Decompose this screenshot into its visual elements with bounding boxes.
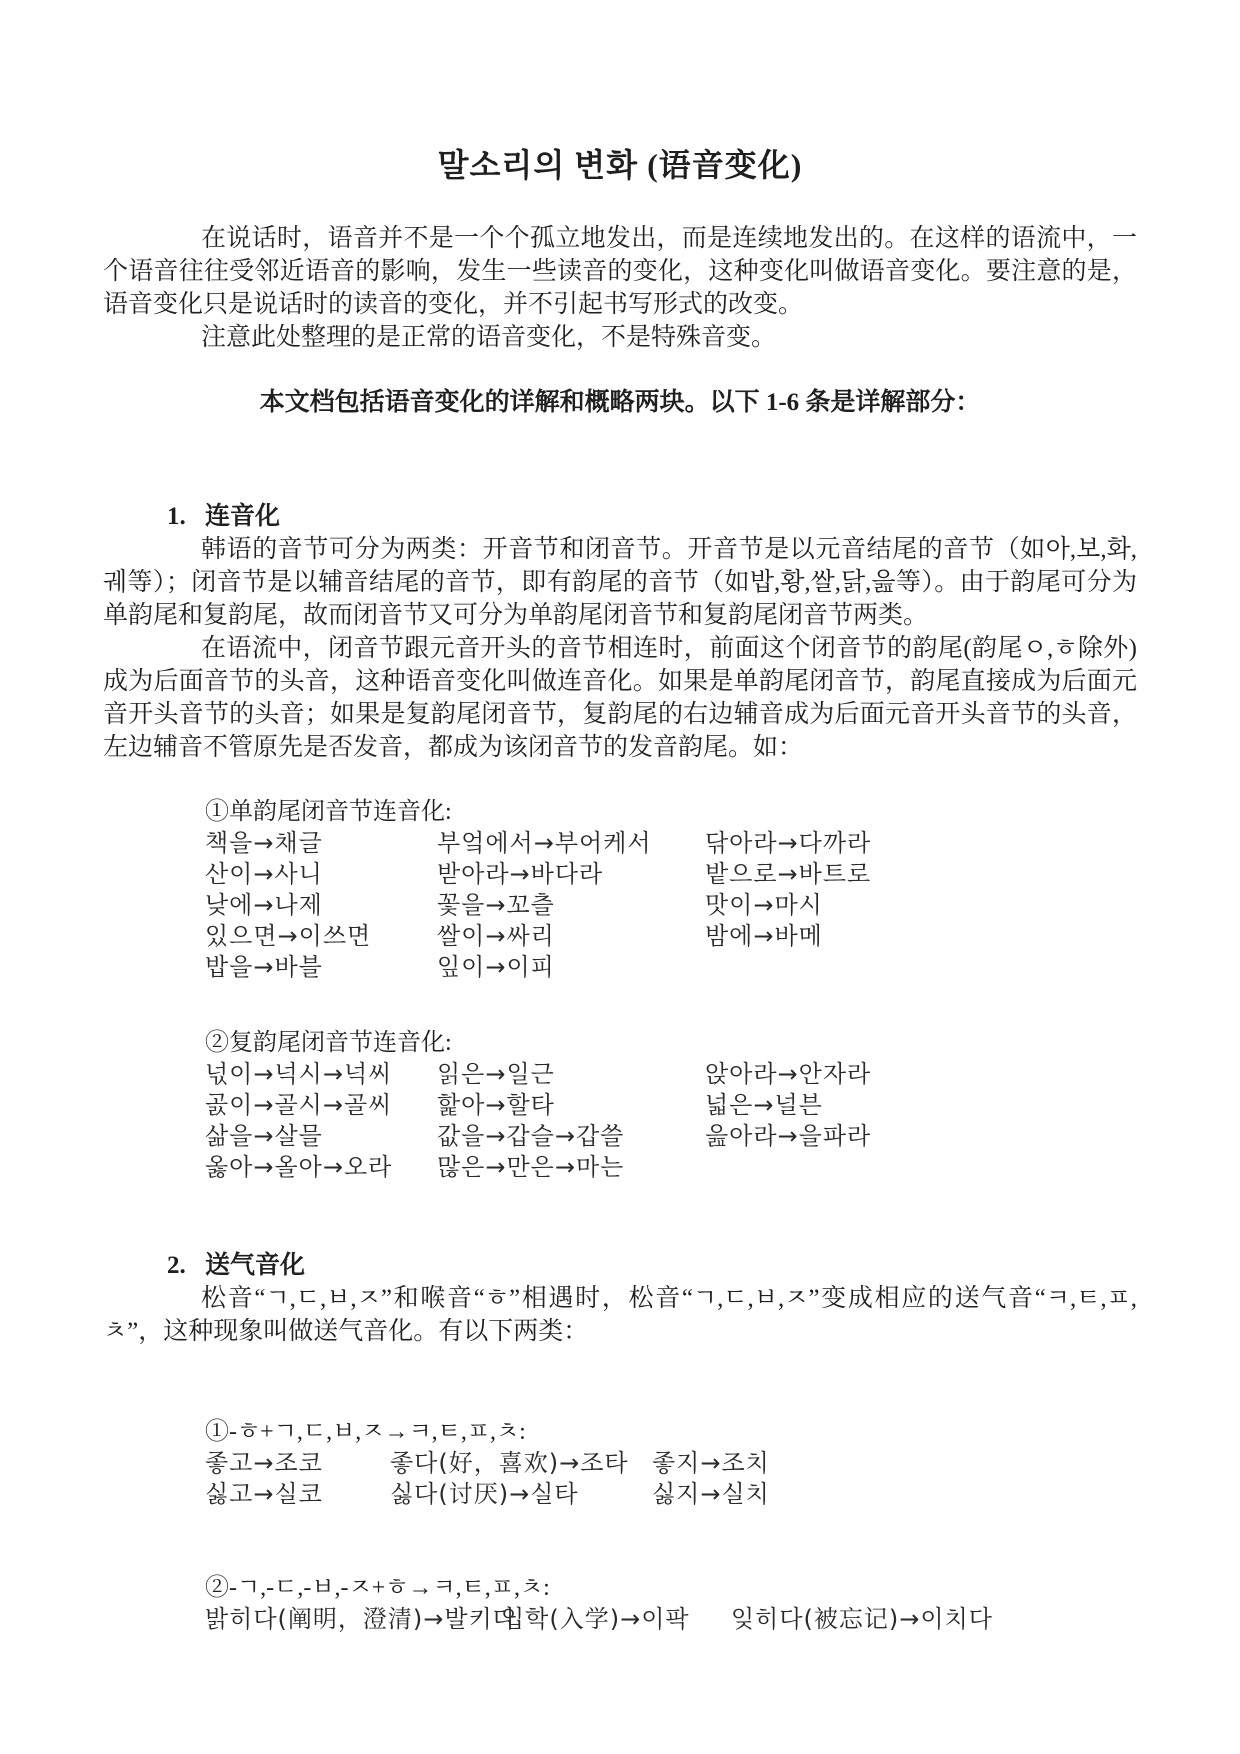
example: 부엌에서→부어케서 [437, 828, 705, 859]
example [705, 1152, 1137, 1183]
double-batchim-example-table: 넋이→넉시→넉씨 읽은→일근 앉아라→안자라 곬이→골시→골씨 핥아→할타 넓은… [205, 1059, 1137, 1183]
section-2-sub-2-label: ②-ㄱ,-ㄷ,-ㅂ,-ㅈ+ㅎ→ㅋ,ㅌ,ㅍ,ㅊ: [205, 1572, 1137, 1604]
example: 넓은→널븐 [705, 1090, 1137, 1121]
example: 닦아라→다까라 [705, 828, 1137, 859]
example: 좋고→조코 [205, 1448, 390, 1479]
example: 받아라→바다라 [437, 859, 705, 890]
section-1-sub-2-label: ②复韵尾闭音节连音化: [205, 1027, 1137, 1059]
example: 넋이→넉시→넉씨 [205, 1059, 437, 1090]
example: 쌀이→싸리 [437, 921, 705, 952]
example: 맛이→마시 [705, 890, 1137, 921]
example: 밤에→바메 [705, 921, 1137, 952]
example: 낮에→나제 [205, 890, 437, 921]
document-title: 말소리의 변화 (语音变化) [103, 0, 1137, 186]
example: 삶을→살믈 [205, 1121, 437, 1152]
example: 읊아라→을파라 [705, 1121, 1137, 1152]
aspiration-example-table-1: 좋고→조코 좋다(好，喜欢)→조타 좋지→조치 싫고→실코 싫다(讨厌)→실타 … [205, 1448, 1137, 1510]
section-1-paragraph-2: 在语流中，闭音节跟元音开头的音节相连时，前面这个闭音节的韵尾(韵尾ㅇ,ㅎ除外)成… [103, 632, 1137, 764]
example: 많은→만은→마는 [437, 1152, 705, 1183]
example: 밭으로→바트로 [705, 859, 1137, 890]
section-2-paragraph: 松音“ㄱ,ㄷ,ㅂ,ㅈ”和喉音“ㅎ”相遇时，松音“ㄱ,ㄷ,ㅂ,ㅈ”变成相应的送气音… [103, 1282, 1137, 1348]
example: 핥아→할타 [437, 1090, 705, 1121]
example: 읽은→일근 [437, 1059, 705, 1090]
example: 책을→채글 [205, 828, 437, 859]
aspiration-example-table-2: 밝히다(阐明，澄清)→발키다 입학(入学)→이팍 잊히다(被忘记)→이치다 [205, 1604, 1137, 1635]
example: 좋다(好，喜欢)→조타 [390, 1448, 652, 1479]
section-2-title: 送气音化 [205, 1252, 305, 1279]
example: 산이→사니 [205, 859, 437, 890]
section-2-sub-1-label: ①-ㅎ+ㄱ,ㄷ,ㅂ,ㅈ→ㅋ,ㅌ,ㅍ,ㅊ: [205, 1416, 1137, 1448]
example: 입학(入学)→이팍 [501, 1604, 731, 1635]
section-2-heading: 2.送气音化 [167, 1249, 1137, 1282]
example: 싫지→실치 [652, 1479, 1137, 1510]
example: 좋지→조치 [652, 1448, 1137, 1479]
section-1-heading: 1.连音化 [167, 500, 1137, 533]
example: 밝히다(阐明，澄清)→발키다 [205, 1604, 501, 1635]
section-1-number: 1. [167, 500, 205, 533]
example: 있으면→이쓰면 [205, 921, 437, 952]
intro-paragraph: 在说话时，语音并不是一个个孤立地发出，而是连续地发出的。在这样的语流中，一个语音… [103, 222, 1137, 321]
example: 옳아→올아→오라 [205, 1152, 437, 1183]
note-paragraph: 注意此处整理的是正常的语音变化，不是特殊音变。 [103, 321, 1137, 354]
section-1-sub-1-label: ①单韵尾闭音节连音化: [205, 796, 1137, 828]
single-batchim-example-table: 책을→채글 부엌에서→부어케서 닦아라→다까라 산이→사니 받아라→바다라 밭으… [205, 828, 1137, 983]
overview-line: 本文档包括语音变化的详解和概略两块。以下 1-6 条是详解部分： [103, 382, 1137, 418]
example: 꽃을→꼬츨 [437, 890, 705, 921]
example: 싫다(讨厌)→실타 [390, 1479, 652, 1510]
example: 싫고→실코 [205, 1479, 390, 1510]
example: 앉아라→안자라 [705, 1059, 1137, 1090]
example: 잎이→이피 [437, 952, 705, 983]
example: 밥을→바블 [205, 952, 437, 983]
example [705, 952, 1137, 983]
section-2-number: 2. [167, 1249, 205, 1282]
example: 곬이→골시→골씨 [205, 1090, 437, 1121]
example: 잊히다(被忘记)→이치다 [731, 1604, 1137, 1635]
section-1-paragraph-1: 韩语的音节可分为两类：开音节和闭音节。开音节是以元音结尾的音节（如아,보,화,궤… [103, 533, 1137, 632]
example: 값을→갑슬→갑쓸 [437, 1121, 705, 1152]
section-1-title: 连音化 [205, 503, 280, 530]
document-page: 말소리의 변화 (语音变化) 在说话时，语音并不是一个个孤立地发出，而是连续地发… [0, 0, 1240, 1754]
